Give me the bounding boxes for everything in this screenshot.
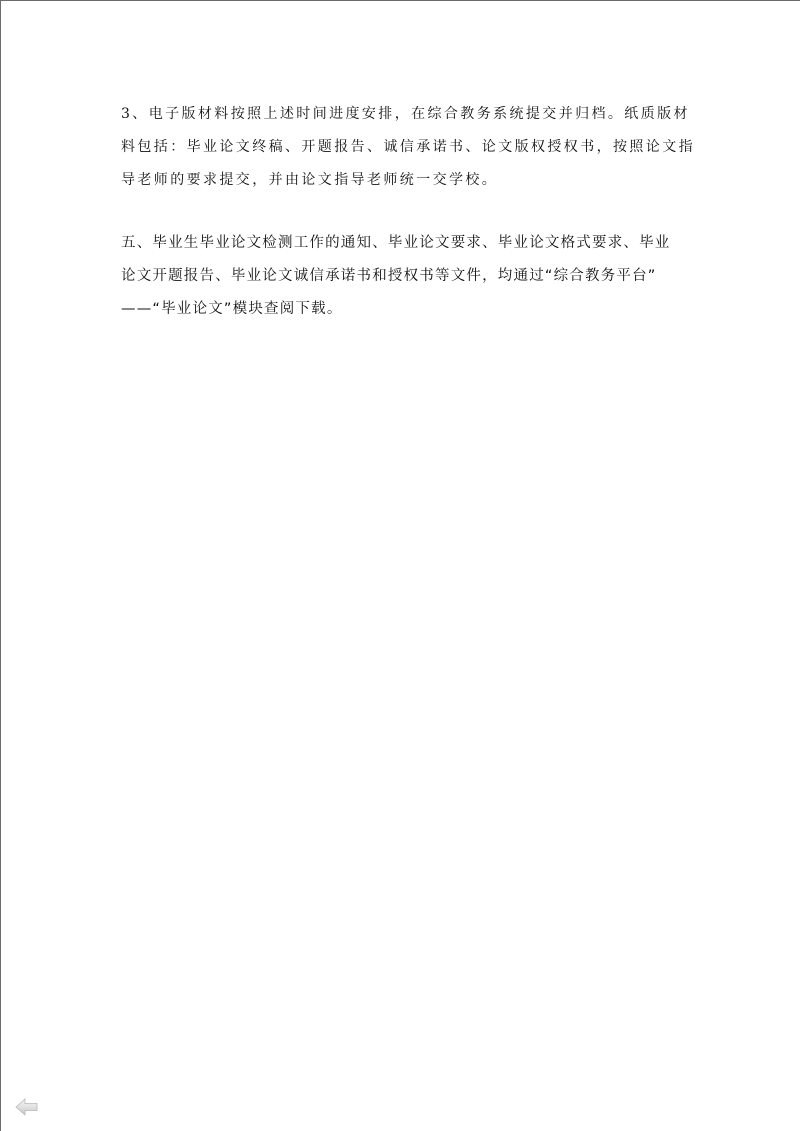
document-page: 3、电子版材料按照上述时间进度安排，在综合教务系统提交并归档。纸质版材 料包括：… (0, 0, 800, 1131)
paragraph-line: 3、电子版材料按照上述时间进度安排，在综合教务系统提交并归档。纸质版材 (121, 98, 691, 131)
paragraph-line: 导老师的要求提交，并由论文指导老师统一交学校。 (121, 164, 691, 197)
paragraph-line: 料包括：毕业论文终稿、开题报告、诚信承诺书、论文版权授权书，按照论文指 (121, 131, 691, 164)
paragraph-line: ——“毕业论文”模块查阅下载。 (121, 293, 691, 326)
paragraph-item-3: 3、电子版材料按照上述时间进度安排，在综合教务系统提交并归档。纸质版材 料包括：… (121, 98, 691, 197)
left-arrow-icon (15, 1097, 39, 1117)
paragraph-line: 五、毕业生毕业论文检测工作的通知、毕业论文要求、毕业论文格式要求、毕业 (121, 227, 691, 260)
paragraph-line: 论文开题报告、毕业论文诚信承诺书和授权书等文件，均通过“综合教务平台” (121, 260, 691, 293)
back-button[interactable] (15, 1097, 39, 1117)
paragraph-section-5: 五、毕业生毕业论文检测工作的通知、毕业论文要求、毕业论文格式要求、毕业 论文开题… (121, 227, 691, 326)
